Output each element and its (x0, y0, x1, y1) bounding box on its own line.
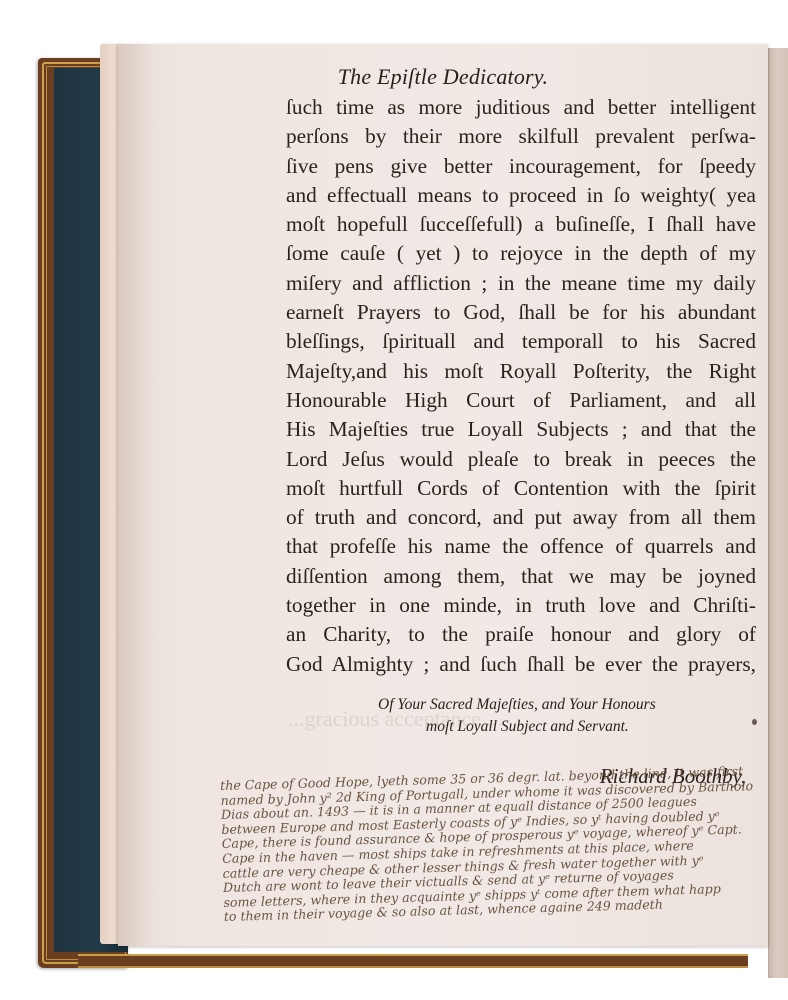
body-line: Majeſty,and his moſt Royall Poſterity, t… (286, 357, 756, 386)
gutter-stain (118, 44, 156, 946)
body-line: of truth and concord, and put away from … (286, 503, 756, 532)
body-line: diſſention among them, that we may be jo… (286, 562, 756, 591)
body-line: God Almighty ; and ſuch ſhall be ever th… (286, 650, 756, 679)
body-line: ſuch time as more juditious and better i… (286, 93, 756, 122)
body-line: earneſt Prayers to God, ſhall be for his… (286, 298, 756, 327)
body-line: and effectuall means to proceed in ſo we… (286, 181, 756, 210)
running-header: The Epiſtle Dedicatory. (118, 64, 768, 90)
book-page: ...gracious acceptance ... ...thereby ..… (118, 44, 768, 946)
body-line: ſive pens give better incouragement, for… (286, 152, 756, 181)
valediction-line-2: moſt Loyall Subject and Servant. (378, 716, 738, 738)
body-line: ſome cauſe ( yet ) to rejoyce in the dep… (286, 239, 756, 268)
ink-spot (752, 719, 757, 725)
body-line: Lord Jeſus would pleaſe to break in peec… (286, 445, 756, 474)
manuscript-annotation: the Cape of Good Hope, lyeth some 35 or … (220, 764, 772, 925)
body-line: His Majeſties true Loyall Subjects ; and… (286, 415, 756, 444)
body-line: together in one minde, in truth love and… (286, 591, 756, 620)
body-line: bleſſings, ſpirituall and temporall to h… (286, 327, 756, 356)
body-line: miſery and affliction ; in the meane tim… (286, 269, 756, 298)
body-line: moſt hurtfull Cords of Contention with t… (286, 474, 756, 503)
body-line: moſt hopefull ſucceſſefull) a buſineſſe,… (286, 210, 756, 239)
bottom-gilt-edge (78, 954, 748, 968)
body-line: perſons by their more skilfull prevalent… (286, 122, 756, 151)
valediction: Of Your Sacred Majeſties, and Your Honou… (378, 694, 738, 738)
page-edges-right (768, 48, 788, 978)
body-line: an Charity, to the praiſe honour and glo… (286, 620, 756, 649)
body-line: that profeſſe his name the offence of qu… (286, 532, 756, 561)
valediction-line-1: Of Your Sacred Majeſties, and Your Honou… (378, 694, 738, 716)
body-line: Honourable High Court of Parliament, and… (286, 386, 756, 415)
epistle-body: ſuch time as more juditious and better i… (286, 93, 756, 679)
